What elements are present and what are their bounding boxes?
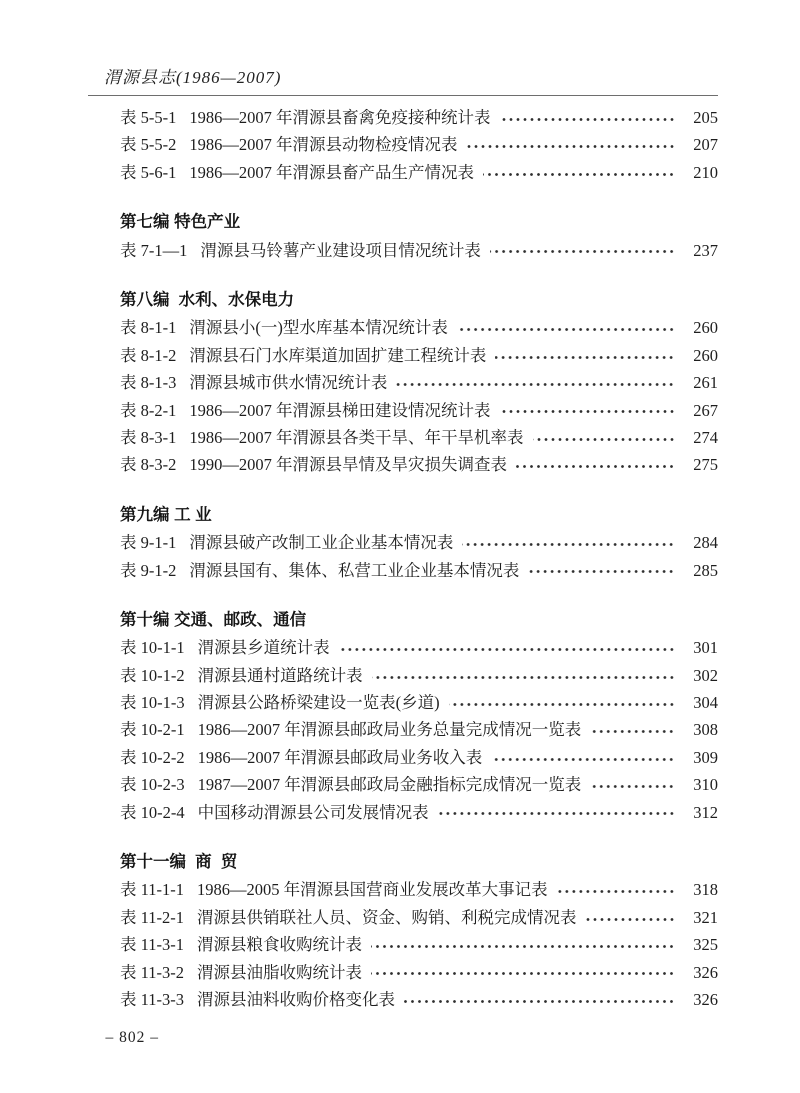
entry-label: 表 10-2-4 (120, 799, 185, 826)
entry-title: 渭源县石门水库渠道加固扩建工程统计表 (189, 342, 486, 369)
entry-title: 1986—2007 年渭源县动物检疫情况表 (189, 131, 457, 158)
entry-title: 渭源县破产改制工业企业基本情况表 (189, 529, 453, 556)
dot-leader-icon (339, 634, 675, 661)
dot-leader-icon (586, 904, 675, 931)
page-footer: – 802 – (86, 1011, 159, 1065)
dot-leader-icon (528, 557, 675, 584)
header-rule (88, 95, 718, 96)
toc-section: 表 5-5-1 1986—2007 年渭源县畜禽免疫接种统计表 205 表 5-… (120, 104, 718, 186)
entry-label: 表 10-2-1 (120, 716, 185, 743)
dot-leader-icon (516, 451, 675, 478)
entry-page-number: 285 (686, 557, 718, 584)
entry-page-number: 326 (686, 959, 718, 986)
entry-label: 表 10-1-3 (120, 689, 185, 716)
entry-title: 渭源县供销联社人员、资金、购销、利税完成情况表 (197, 904, 577, 931)
toc-entry: 表 5-5-1 1986—2007 年渭源县畜禽免疫接种统计表 205 (120, 104, 718, 131)
toc-entry: 表 11-1-1 1986—2005 年渭源县国营商业发展改革大事记表 318 (120, 876, 718, 903)
entry-label: 表 10-2-3 (120, 771, 185, 798)
entry-page-number: 274 (686, 424, 718, 451)
entry-page-number: 304 (686, 689, 718, 716)
dot-leader-icon (462, 529, 675, 556)
entry-page-number: 308 (686, 716, 718, 743)
entry-page-number: 318 (686, 876, 718, 903)
entry-title: 1986—2007 年渭源县邮政局业务收入表 (198, 744, 483, 771)
entry-label: 表 10-1-2 (120, 662, 185, 689)
entry-label: 表 8-1-3 (120, 369, 176, 396)
page-number: – 802 – (106, 1029, 160, 1046)
entry-label: 表 5-5-1 (120, 104, 176, 131)
entry-page-number: 267 (686, 397, 718, 424)
document-page: 渭源县志(1986—2007) 表 5-5-1 1986—2007 年渭源县畜禽… (0, 0, 800, 1093)
entry-page-number: 205 (686, 104, 718, 131)
toc-entry: 表 11-3-2 渭源县油脂收购统计表 326 (120, 959, 718, 986)
entry-page-number: 310 (686, 771, 718, 798)
toc-entry: 表 9-1-2 渭源县国有、集体、私营工业企业基本情况表 285 (120, 557, 718, 584)
entry-page-number: 260 (686, 342, 718, 369)
section-rows: 表 7-1—1 渭源县马铃薯产业建设项目情况统计表 237 (120, 237, 718, 264)
toc-entry: 表 10-2-1 1986—2007 年渭源县邮政局业务总量完成情况一览表 30… (120, 716, 718, 743)
toc-section: 第七编 特色产业 表 7-1—1 渭源县马铃薯产业建设项目情况统计表 237 (120, 209, 718, 264)
entry-title: 1986—2007 年渭源县邮政局业务总量完成情况一览表 (198, 716, 582, 743)
entry-label: 表 5-5-2 (120, 131, 176, 158)
entry-page-number: 321 (686, 904, 718, 931)
entry-title: 渭源县国有、集体、私营工业企业基本情况表 (189, 557, 519, 584)
entry-title: 1986—2007 年渭源县畜产品生产情况表 (189, 159, 474, 186)
entry-title: 渭源县通村道路统计表 (198, 662, 363, 689)
toc-entry: 表 8-1-3 渭源县城市供水情况统计表 261 (120, 369, 718, 396)
toc-entry: 表 10-2-3 1987—2007 年渭源县邮政局金融指标完成情况一览表 31… (120, 771, 718, 798)
toc-entry: 表 9-1-1 渭源县破产改制工业企业基本情况表 284 (120, 529, 718, 556)
toc-entry: 表 5-6-1 1986—2007 年渭源县畜产品生产情况表 210 (120, 159, 718, 186)
entry-page-number: 261 (686, 369, 718, 396)
toc-section: 第九编 工 业 表 9-1-1 渭源县破产改制工业企业基本情况表 284 表 9… (120, 502, 718, 584)
dot-leader-icon (483, 159, 675, 186)
toc-entry: 表 11-3-1 渭源县粮食收购统计表 325 (120, 931, 718, 958)
entry-label: 表 8-3-2 (120, 451, 176, 478)
dot-leader-icon (590, 771, 675, 798)
toc-entry: 表 7-1—1 渭源县马铃薯产业建设项目情况统计表 237 (120, 237, 718, 264)
entry-page-number: 325 (686, 931, 718, 958)
entry-label: 表 11-3-2 (120, 959, 184, 986)
entry-page-number: 312 (686, 799, 718, 826)
toc-entry: 表 8-2-1 1986—2007 年渭源县梯田建设情况统计表 267 (120, 397, 718, 424)
entry-label: 表 5-6-1 (120, 159, 176, 186)
entry-label: 表 10-1-1 (120, 634, 185, 661)
section-rows: 表 11-1-1 1986—2005 年渭源县国营商业发展改革大事记表 318 … (120, 876, 718, 1013)
dot-leader-icon (449, 689, 675, 716)
entry-label: 表 7-1—1 (120, 237, 187, 264)
dot-leader-icon (495, 342, 675, 369)
toc-list: 表 5-5-1 1986—2007 年渭源县畜禽免疫接种统计表 205 表 5-… (120, 104, 718, 1013)
section-rows: 表 8-1-1 渭源县小(一)型水库基本情况统计表 260 表 8-1-2 渭源… (120, 314, 718, 478)
book-title: 渭源县志(1986—2007) (104, 63, 281, 88)
dot-leader-icon (396, 369, 675, 396)
entry-page-number: 326 (686, 986, 718, 1013)
entry-title: 1986—2005 年渭源县国营商业发展改革大事记表 (197, 876, 548, 903)
toc-entry: 表 5-5-2 1986—2007 年渭源县动物检疫情况表 207 (120, 131, 718, 158)
section-rows: 表 5-5-1 1986—2007 年渭源县畜禽免疫接种统计表 205 表 5-… (120, 104, 718, 186)
entry-title: 渭源县马铃薯产业建设项目情况统计表 (200, 237, 481, 264)
entry-title: 渭源县乡道统计表 (198, 634, 330, 661)
entry-page-number: 237 (686, 237, 718, 264)
toc-entry: 表 10-2-2 1986—2007 年渭源县邮政局业务收入表 309 (120, 744, 718, 771)
dot-leader-icon (590, 716, 675, 743)
section-heading: 第七编 特色产业 (120, 209, 718, 236)
entry-label: 表 9-1-2 (120, 557, 176, 584)
section-heading: 第十编 交通、邮政、通信 (120, 607, 718, 634)
entry-page-number: 309 (686, 744, 718, 771)
dot-leader-icon (490, 237, 675, 264)
entry-label: 表 8-2-1 (120, 397, 176, 424)
entry-label: 表 8-1-1 (120, 314, 176, 341)
dot-leader-icon (533, 424, 676, 451)
toc-section: 第十一编 商 贸 表 11-1-1 1986—2005 年渭源县国营商业发展改革… (120, 849, 718, 1013)
toc-entry: 表 8-3-1 1986—2007 年渭源县各类干旱、年干旱机率表 274 (120, 424, 718, 451)
entry-title: 渭源县公路桥梁建设一览表(乡道) (198, 689, 440, 716)
toc-entry: 表 11-2-1 渭源县供销联社人员、资金、购销、利税完成情况表 321 (120, 904, 718, 931)
toc-entry: 表 10-1-1 渭源县乡道统计表 301 (120, 634, 718, 661)
toc-entry: 表 10-1-2 渭源县通村道路统计表 302 (120, 662, 718, 689)
toc-entry: 表 8-3-2 1990—2007 年渭源县旱情及旱灾损失调查表 275 (120, 451, 718, 478)
entry-label: 表 11-3-1 (120, 931, 184, 958)
entry-label: 表 8-1-2 (120, 342, 176, 369)
entry-title: 渭源县小(一)型水库基本情况统计表 (189, 314, 448, 341)
entry-title: 1986—2007 年渭源县各类干旱、年干旱机率表 (189, 424, 523, 451)
dot-leader-icon (500, 104, 676, 131)
toc-entry: 表 11-3-3 渭源县油料收购价格变化表 326 (120, 986, 718, 1013)
dot-leader-icon (371, 959, 675, 986)
entry-title: 1987—2007 年渭源县邮政局金融指标完成情况一览表 (198, 771, 582, 798)
dot-leader-icon (371, 931, 675, 958)
entry-title: 渭源县城市供水情况统计表 (189, 369, 387, 396)
entry-label: 表 10-2-2 (120, 744, 185, 771)
dot-leader-icon (500, 397, 676, 424)
toc-entry: 表 8-1-1 渭源县小(一)型水库基本情况统计表 260 (120, 314, 718, 341)
dot-leader-icon (372, 662, 675, 689)
entry-page-number: 284 (686, 529, 718, 556)
toc-section: 第十编 交通、邮政、通信 表 10-1-1 渭源县乡道统计表 301 表 10-… (120, 607, 718, 826)
entry-label: 表 8-3-1 (120, 424, 176, 451)
dot-leader-icon (557, 876, 675, 903)
entry-label: 表 11-3-3 (120, 986, 184, 1013)
section-rows: 表 9-1-1 渭源县破产改制工业企业基本情况表 284 表 9-1-2 渭源县… (120, 529, 718, 584)
entry-label: 表 9-1-1 (120, 529, 176, 556)
entry-page-number: 260 (686, 314, 718, 341)
entry-page-number: 302 (686, 662, 718, 689)
entry-page-number: 275 (686, 451, 718, 478)
entry-label: 表 11-1-1 (120, 876, 184, 903)
section-heading: 第八编 水利、水保电力 (120, 287, 718, 314)
entry-title: 1990—2007 年渭源县旱情及旱灾损失调查表 (189, 451, 507, 478)
dot-leader-icon (491, 744, 675, 771)
entry-title: 1986—2007 年渭源县梯田建设情况统计表 (189, 397, 490, 424)
section-heading: 第十一编 商 贸 (120, 849, 718, 876)
toc-entry: 表 8-1-2 渭源县石门水库渠道加固扩建工程统计表 260 (120, 342, 718, 369)
dot-leader-icon (457, 314, 675, 341)
entry-title: 渭源县油料收购价格变化表 (197, 986, 395, 1013)
toc-entry: 表 10-2-4 中国移动渭源县公司发展情况表 312 (120, 799, 718, 826)
entry-label: 表 11-2-1 (120, 904, 184, 931)
entry-page-number: 210 (686, 159, 718, 186)
entry-title: 1986—2007 年渭源县畜禽免疫接种统计表 (189, 104, 490, 131)
dot-leader-icon (438, 799, 675, 826)
toc-section: 第八编 水利、水保电力 表 8-1-1 渭源县小(一)型水库基本情况统计表 26… (120, 287, 718, 479)
dot-leader-icon (404, 986, 675, 1013)
toc-entry: 表 10-1-3 渭源县公路桥梁建设一览表(乡道) 304 (120, 689, 718, 716)
entry-page-number: 207 (686, 131, 718, 158)
dot-leader-icon (467, 131, 676, 158)
section-rows: 表 10-1-1 渭源县乡道统计表 301 表 10-1-2 渭源县通村道路统计… (120, 634, 718, 826)
entry-title: 中国移动渭源县公司发展情况表 (198, 799, 429, 826)
entry-title: 渭源县粮食收购统计表 (197, 931, 362, 958)
section-heading: 第九编 工 业 (120, 502, 718, 529)
entry-page-number: 301 (686, 634, 718, 661)
entry-title: 渭源县油脂收购统计表 (197, 959, 362, 986)
